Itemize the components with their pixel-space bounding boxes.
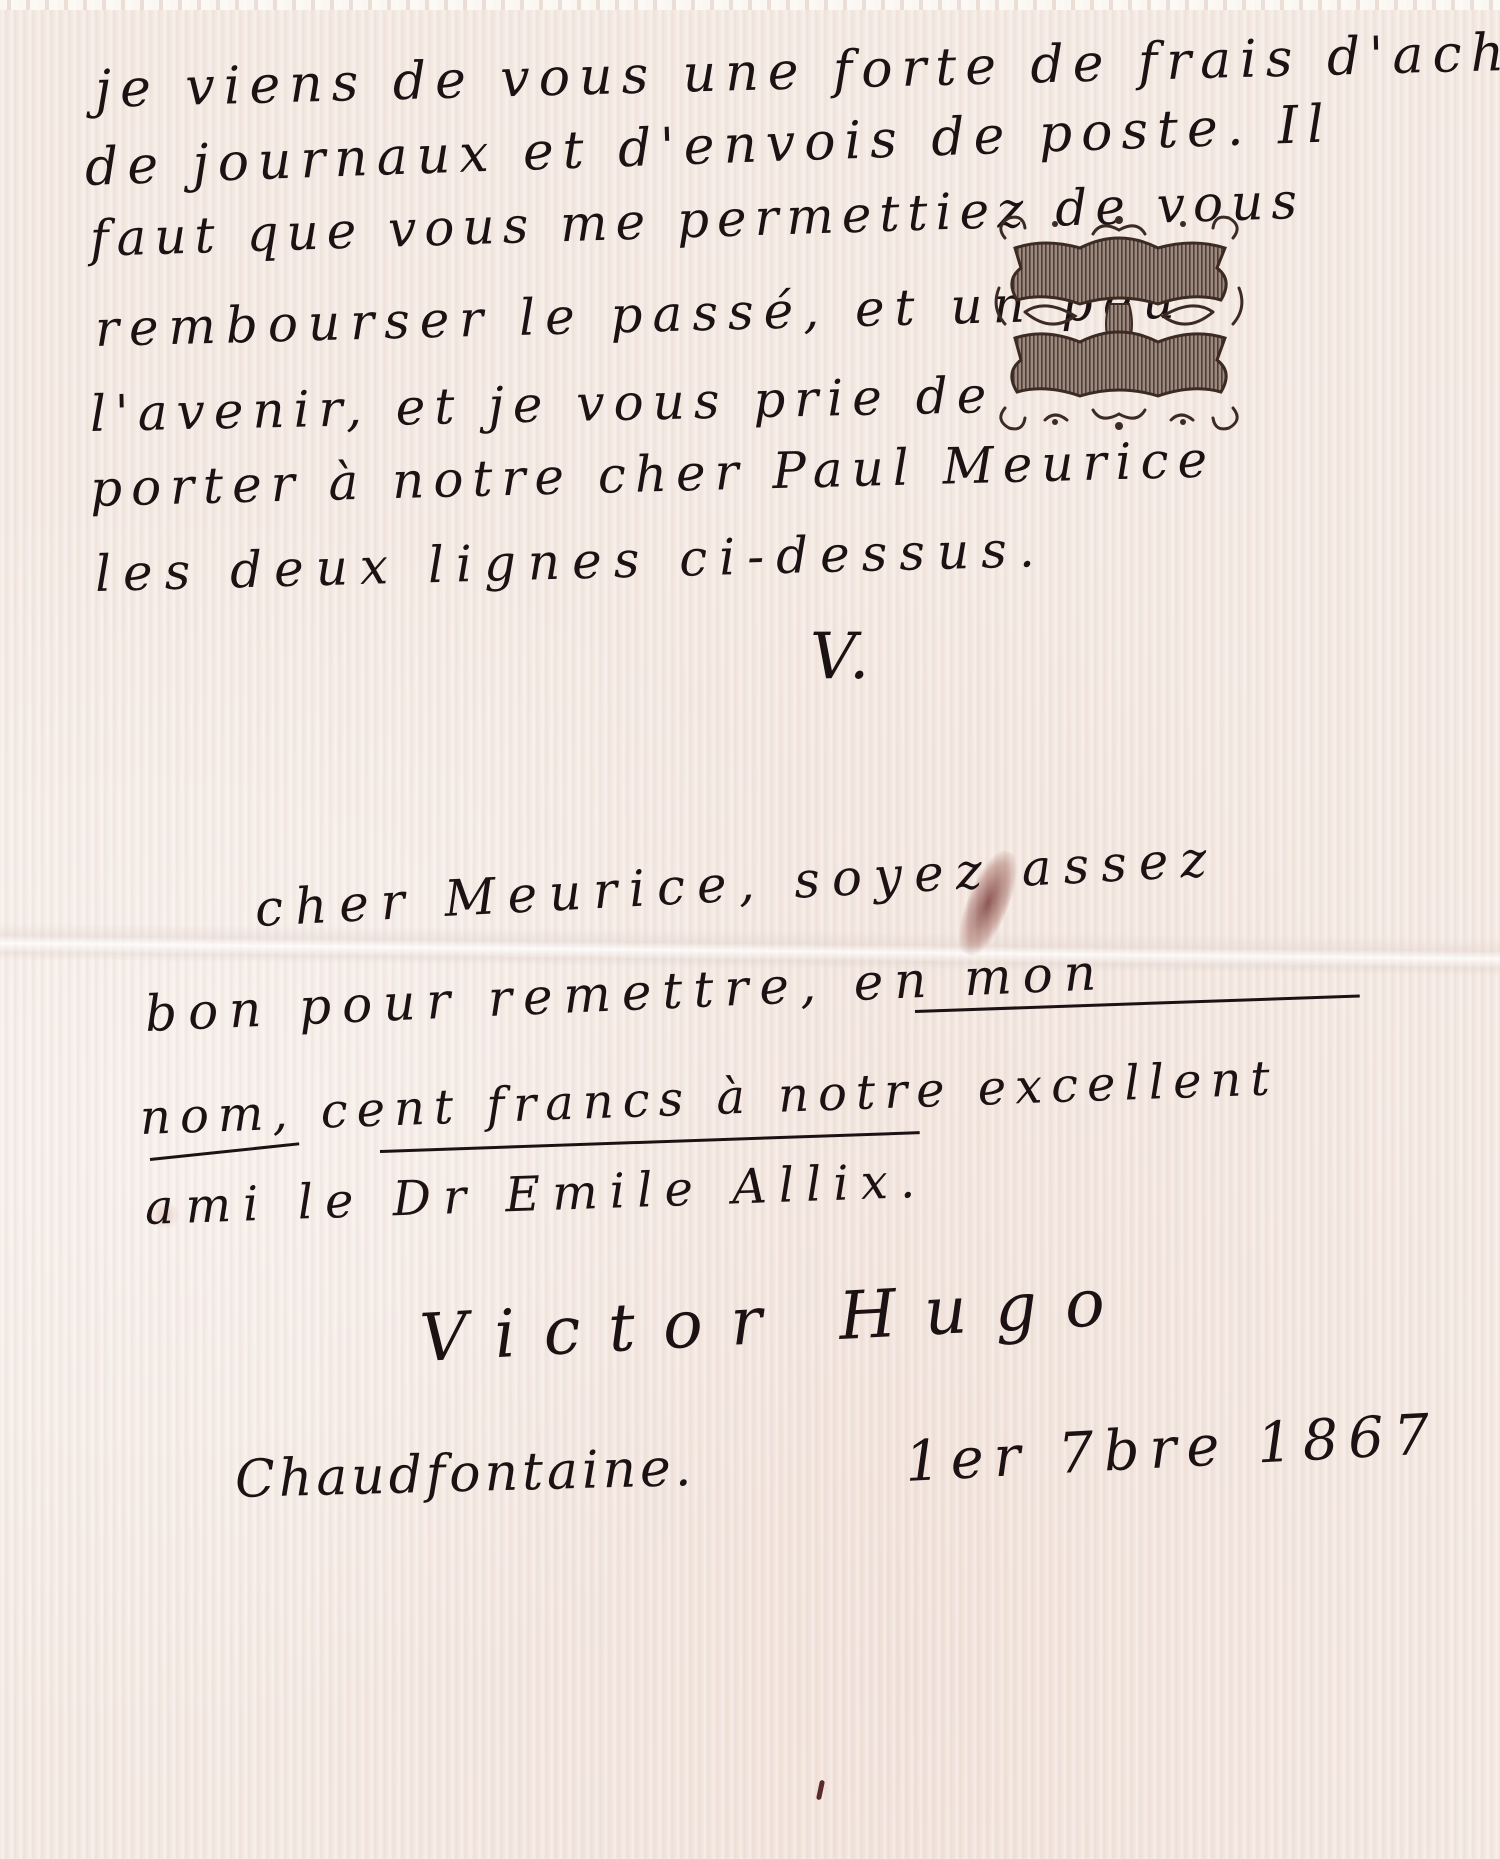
torn-top-edge — [0, 0, 1500, 10]
letter-page: je viens de vous une forte de frais d'ac… — [0, 0, 1500, 1859]
ps-line-3: nom, cent francs à notre excellent — [139, 1050, 1280, 1146]
date: 1er 7bre 1867 — [903, 1402, 1441, 1495]
initial-signature: V. — [810, 620, 873, 694]
signature: Victor Hugo — [418, 1263, 1134, 1377]
body-line-5: l'avenir, et je vous prie de — [89, 366, 995, 443]
body-line-7: les deux lignes ci-dessus. — [94, 520, 1047, 603]
ink-speck — [816, 1780, 825, 1801]
underline-mark-2 — [150, 1142, 299, 1161]
place: Chaudfontaine. — [234, 1438, 696, 1510]
ornament-cartouche-icon — [985, 208, 1253, 436]
body-line-6: porter à notre cher Paul Meurice — [89, 431, 1216, 518]
ps-line-4: ami le Dr Emile Allix. — [144, 1153, 928, 1236]
ps-line-1: cher Meurice, soyez assez — [253, 830, 1219, 938]
